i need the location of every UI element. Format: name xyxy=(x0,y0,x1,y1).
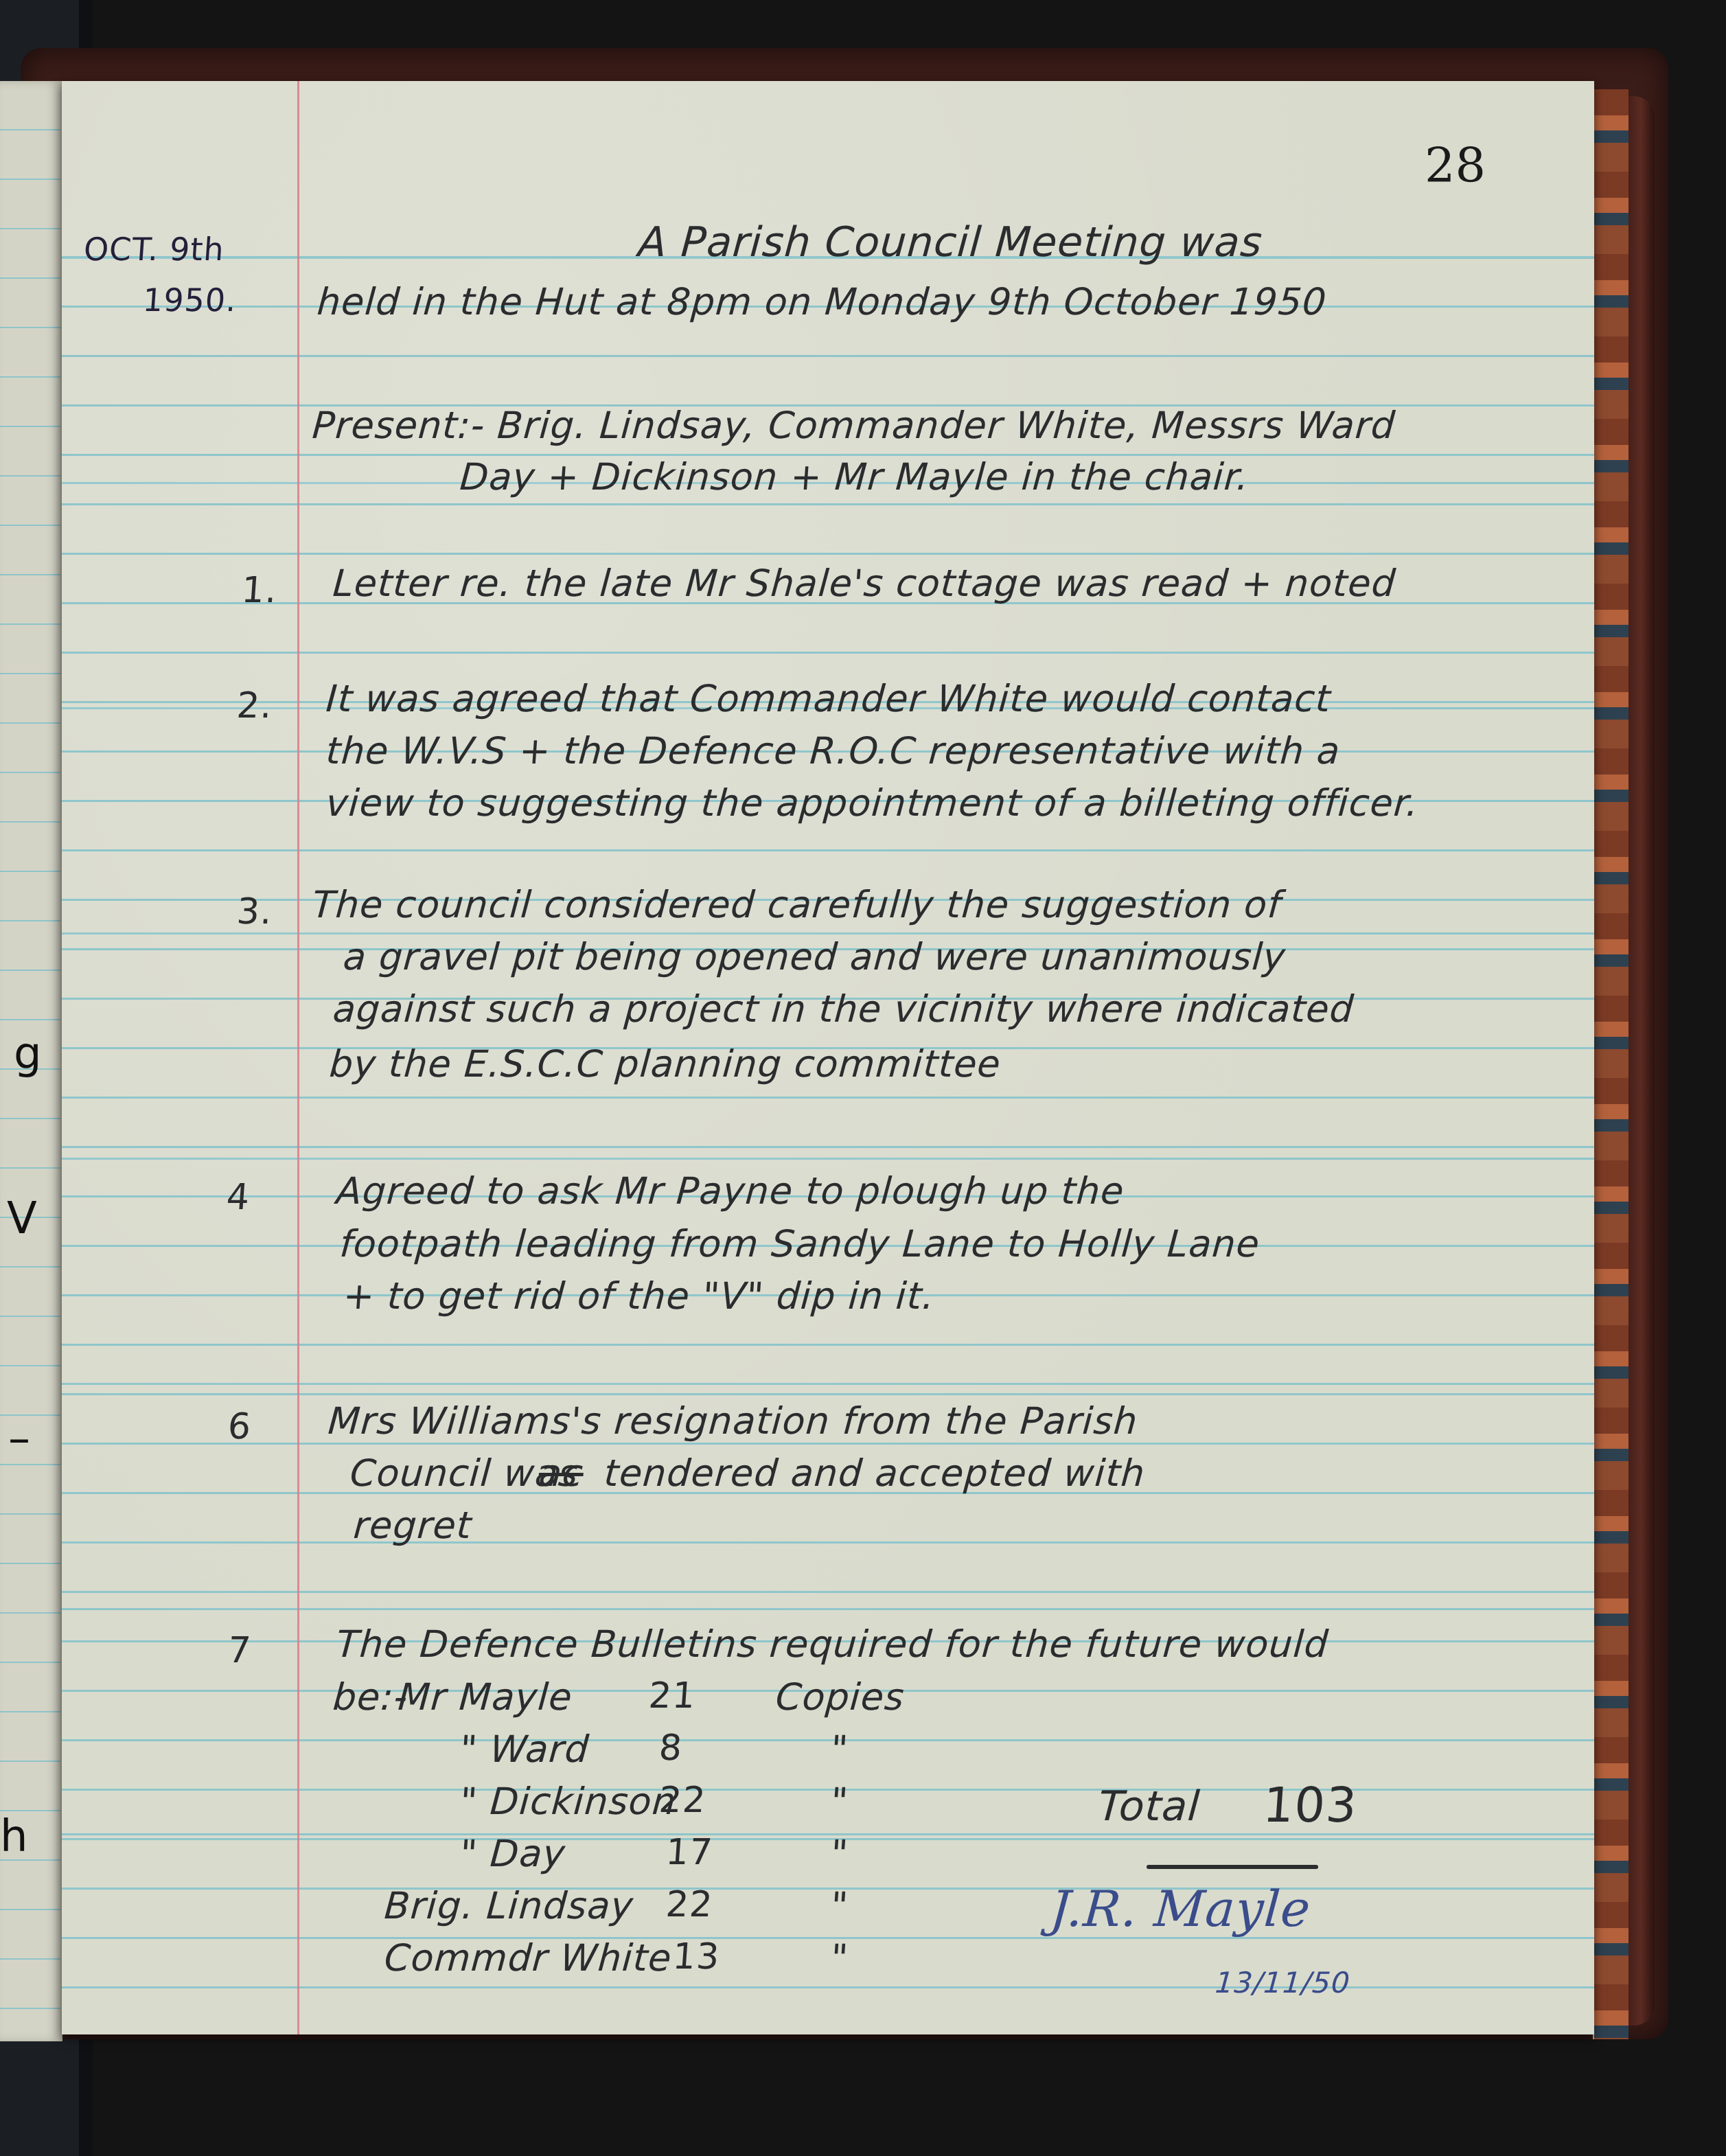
total-label: Total xyxy=(1097,1782,1202,1831)
margin-date-year: 1950. xyxy=(141,282,238,319)
item-number: 3. xyxy=(235,891,274,932)
margin-date-day: OCT. 9th xyxy=(82,231,225,268)
copies-name: " Ward xyxy=(459,1728,590,1771)
heading-line-1: A Parish Council Meeting was xyxy=(637,218,1265,266)
item-7-line: The Defence Bulletins required for the f… xyxy=(335,1622,1330,1666)
copies-ditto: " xyxy=(829,1780,850,1823)
copies-count: 13 xyxy=(671,1936,721,1977)
copies-name: " Dickinson xyxy=(459,1780,678,1823)
present-line-1: Present:- Brig. Lindsay, Commander White… xyxy=(311,404,1397,447)
left-page-fragment: – xyxy=(8,1413,30,1464)
copies-count: 21 xyxy=(647,1675,697,1717)
copies-name: Mr Mayle xyxy=(397,1675,574,1719)
item-4-line: footpath leading from Sandy Lane to Holl… xyxy=(338,1222,1261,1265)
present-line-2: Day + Dickinson + Mr Mayle in the chair. xyxy=(459,455,1251,498)
signature: J.R. Mayle xyxy=(1048,1880,1313,1938)
left-page-fragment: V xyxy=(7,1193,37,1244)
signature-date: 13/11/50 xyxy=(1214,1966,1351,1999)
copies-count: 22 xyxy=(658,1780,707,1821)
margin-rule xyxy=(297,81,299,2034)
marbled-fore-edge xyxy=(1593,89,1629,2039)
copies-unit: Copies xyxy=(774,1675,906,1719)
left-page-fragment: h xyxy=(0,1811,28,1862)
heading-line-2: held in the Hut at 8pm on Monday 9th Oct… xyxy=(316,280,1328,323)
copies-ditto: " xyxy=(829,1936,850,1980)
item-1-line: Letter re. the late Mr Shale's cottage w… xyxy=(332,562,1397,605)
item-number: 6 xyxy=(227,1406,253,1447)
item-number: 7 xyxy=(227,1630,253,1671)
item-6-line: regret xyxy=(352,1504,474,1547)
item-2-line: view to suggesting the appointment of a … xyxy=(325,781,1420,825)
struck-word: ac xyxy=(538,1452,585,1495)
left-page-fragment: g xyxy=(14,1029,42,1079)
total-underline xyxy=(1147,1865,1318,1869)
copies-ditto: " xyxy=(829,1832,850,1875)
copies-ditto: " xyxy=(829,1884,850,1927)
copies-ditto: " xyxy=(829,1728,850,1771)
item-4-line: Agreed to ask Mr Payne to plough up the xyxy=(335,1169,1126,1213)
minute-book-page: 28 OCT. 9th 1950. A Parish Council Meeti… xyxy=(62,81,1594,2034)
copies-name: Brig. Lindsay xyxy=(383,1884,635,1927)
item-4-line: + to get rid of the "V" dip in it. xyxy=(342,1274,936,1318)
item-6-line: tendered and accepted with xyxy=(603,1452,1147,1495)
item-number: 2. xyxy=(235,685,274,726)
item-3-line: against such a project in the vicinity w… xyxy=(332,987,1356,1031)
copies-count: 17 xyxy=(665,1832,714,1873)
item-6-line: Mrs Williams's resignation from the Pari… xyxy=(327,1399,1140,1443)
copies-name: Commdr White xyxy=(383,1936,674,1980)
item-3-line: The council considered carefully the sug… xyxy=(311,883,1283,926)
item-number: 4 xyxy=(225,1177,251,1218)
copies-count: 8 xyxy=(658,1728,684,1769)
total-value: 103 xyxy=(1261,1777,1359,1833)
item-3-line: a gravel pit being opened and were unani… xyxy=(342,935,1287,978)
page-number: 28 xyxy=(1425,137,1486,194)
left-page-edge: g V – h xyxy=(0,81,62,2041)
item-2-line: It was agreed that Commander White would… xyxy=(325,677,1333,720)
item-2-line: the W.V.S + the Defence R.O.C representa… xyxy=(325,729,1342,772)
item-3-line: by the E.S.C.C planning committee xyxy=(328,1042,1002,1086)
copies-name: " Day xyxy=(459,1832,567,1875)
copies-count: 22 xyxy=(665,1884,714,1925)
item-number: 1. xyxy=(240,570,279,611)
